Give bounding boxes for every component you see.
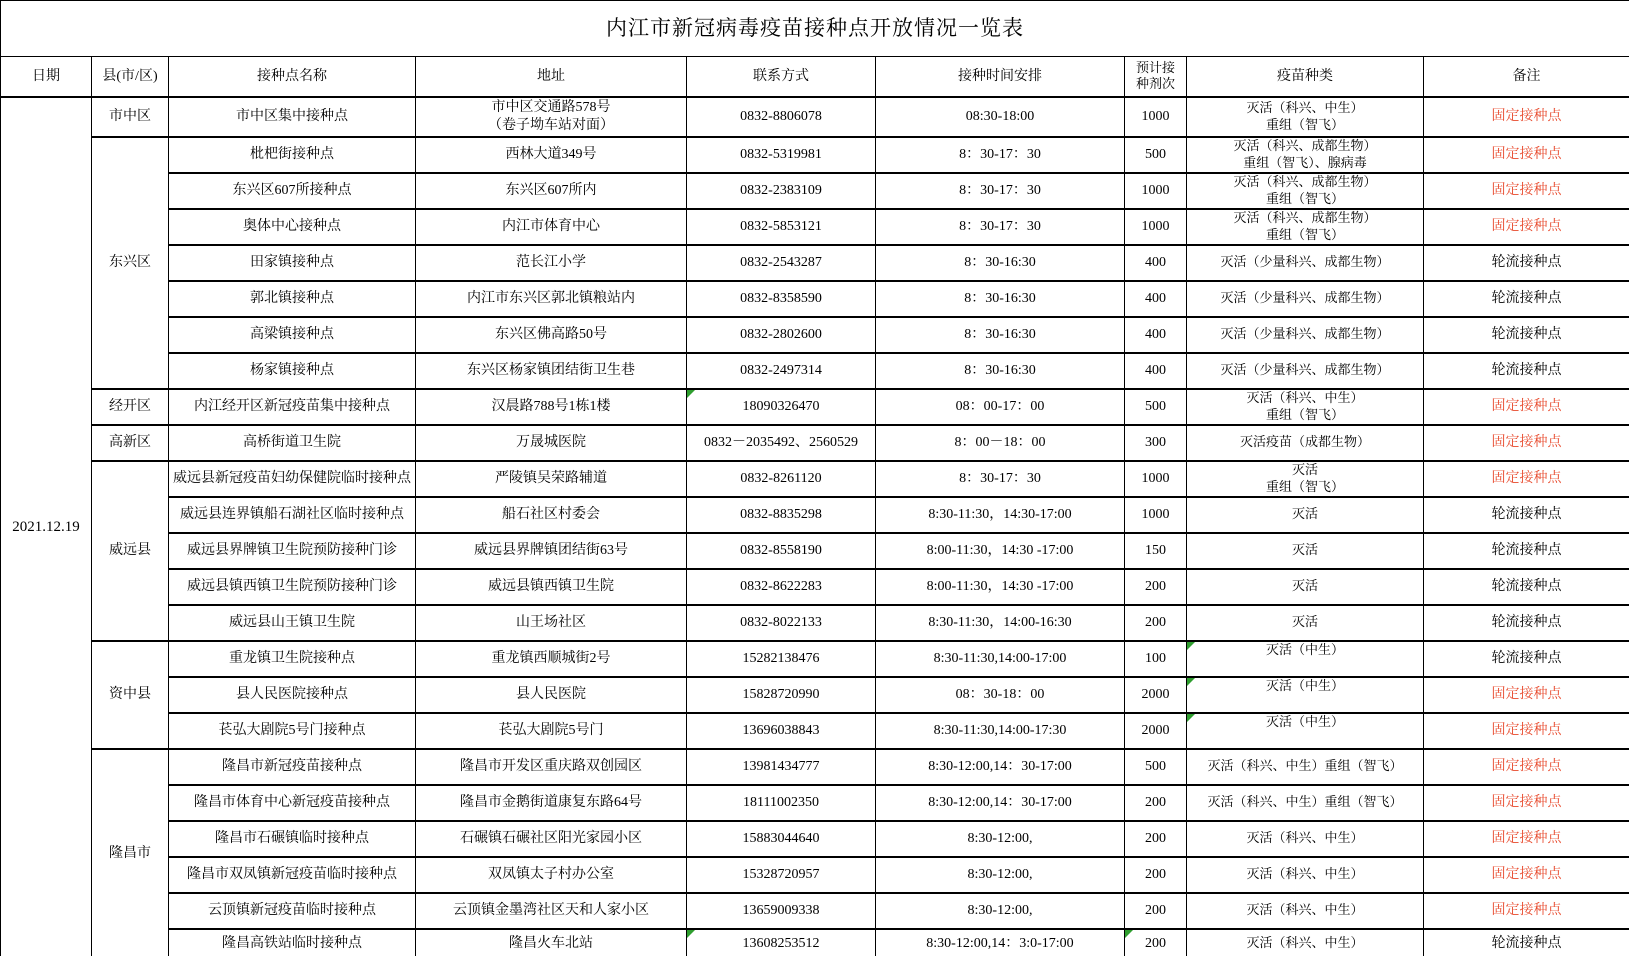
cell-vaccine: 灭活疫苗（成都生物） (1187, 425, 1424, 461)
cell-time: 8:30-12:00, (876, 857, 1125, 893)
col-header-date: 日期 (1, 57, 92, 97)
excel-marker-icon (1187, 678, 1195, 686)
cell-count: 500 (1125, 137, 1187, 173)
cell-time: 8：30-17：30 (876, 173, 1125, 209)
cell-phone: 0832-8358590 (687, 281, 876, 317)
cell-phone: 0832－2035492、2560529 (687, 425, 876, 461)
table-row: 隆昌市体育中心新冠疫苗接种点隆昌市金鹅街道康复东路64号181110023508… (1, 785, 1629, 821)
cell-vaccine: 灭活（少量科兴、成都生物） (1187, 281, 1424, 317)
cell-phone: 0832-8261120 (687, 461, 876, 497)
cell-address: 东兴区佛高路50号 (416, 317, 687, 353)
cell-address: 县人民医院 (416, 677, 687, 713)
cell-time: 8:30-11:30，14:00-16:30 (876, 605, 1125, 641)
col-header-vaccine: 疫苗种类 (1187, 57, 1424, 97)
table-header-row: 日期 县(市/区) 接种点名称 地址 联系方式 接种时间安排 预计接 种剂次 疫… (1, 57, 1629, 97)
cell-note: 固定接种点 (1424, 677, 1629, 713)
cell-phone: 0832-8022133 (687, 605, 876, 641)
cell-phone: 0832-2802600 (687, 317, 876, 353)
cell-address: 隆昌火车北站 (416, 929, 687, 956)
table-row: 隆昌市双凤镇新冠疫苗临时接种点双凤镇太子村办公室153287209578:30-… (1, 857, 1629, 893)
cell-phone: 13981434777 (687, 749, 876, 785)
cell-time: 8:30-12:00,14：30-17:00 (876, 785, 1125, 821)
cell-count: 300 (1125, 425, 1187, 461)
cell-note: 固定接种点 (1424, 461, 1629, 497)
cell-time: 8：30-17：30 (876, 461, 1125, 497)
cell-time: 8:30-11:30,14:00-17:30 (876, 713, 1125, 749)
cell-site-name: 枇杷街接种点 (169, 137, 416, 173)
cell-address: 云顶镇金墨湾社区天和人家小区 (416, 893, 687, 929)
cell-time: 08：00-17：00 (876, 389, 1125, 425)
cell-time: 8：30-17：30 (876, 209, 1125, 245)
cell-address: 内江市东兴区郭北镇粮站内 (416, 281, 687, 317)
cell-vaccine: 灭活（中生） (1187, 641, 1424, 677)
cell-county: 东兴区 (92, 137, 169, 389)
cell-address: 范长江小学 (416, 245, 687, 281)
table-row: 隆昌市石碾镇临时接种点石碾镇石碾社区阳光家园小区158830446408:30-… (1, 821, 1629, 857)
table-row: 威远县界牌镇卫生院预防接种门诊威远县界牌镇团结街63号0832-85581908… (1, 533, 1629, 569)
cell-vaccine: 灭活 (1187, 569, 1424, 605)
cell-phone: 0832-2543287 (687, 245, 876, 281)
cell-count: 200 (1125, 785, 1187, 821)
cell-count: 1000 (1125, 461, 1187, 497)
cell-note: 固定接种点 (1424, 173, 1629, 209)
table-row: 县人民医院接种点县人民医院1582872099008：30-18：002000灭… (1, 677, 1629, 713)
cell-count: 1000 (1125, 97, 1187, 137)
cell-vaccine: 灭活（中生） (1187, 677, 1424, 713)
cell-address: 东兴区607所内 (416, 173, 687, 209)
cell-phone: 18090326470 (687, 389, 876, 425)
cell-vaccine: 灭活（少量科兴、成都生物） (1187, 353, 1424, 389)
cell-phone: 0832-2497314 (687, 353, 876, 389)
cell-address: 威远县镇西镇卫生院 (416, 569, 687, 605)
cell-address: 双凤镇太子村办公室 (416, 857, 687, 893)
table-row: 隆昌高铁站临时接种点隆昌火车北站136082535128:30-12:00,14… (1, 929, 1629, 956)
cell-count: 200 (1125, 857, 1187, 893)
cell-phone: 0832-8558190 (687, 533, 876, 569)
cell-site-name: 县人民医院接种点 (169, 677, 416, 713)
cell-site-name: 威远县镇西镇卫生院预防接种门诊 (169, 569, 416, 605)
cell-vaccine: 灭活（科兴、中生） 重组（智飞） (1187, 97, 1424, 137)
cell-phone: 0832-5319981 (687, 137, 876, 173)
vaccination-sites-table: 内江市新冠病毒疫苗接种点开放情况一览表 日期 县(市/区) 接种点名称 地址 联… (0, 0, 1629, 956)
cell-count: 400 (1125, 317, 1187, 353)
cell-count: 100 (1125, 641, 1187, 677)
cell-address: 内江市体育中心 (416, 209, 687, 245)
table-row: 高新区高桥街道卫生院万晟城医院0832－2035492、25605298：00－… (1, 425, 1629, 461)
cell-site-name: 内江经开区新冠疫苗集中接种点 (169, 389, 416, 425)
excel-marker-icon (1187, 714, 1195, 722)
cell-note: 轮流接种点 (1424, 245, 1629, 281)
cell-county: 资中县 (92, 641, 169, 749)
cell-count: 1000 (1125, 173, 1187, 209)
cell-site-name: 田家镇接种点 (169, 245, 416, 281)
excel-marker-icon (1125, 930, 1133, 938)
cell-note: 轮流接种点 (1424, 641, 1629, 677)
cell-site-name: 高梁镇接种点 (169, 317, 416, 353)
cell-site-name: 云顶镇新冠疫苗临时接种点 (169, 893, 416, 929)
cell-phone: 0832-8835298 (687, 497, 876, 533)
cell-note: 轮流接种点 (1424, 533, 1629, 569)
cell-note: 轮流接种点 (1424, 605, 1629, 641)
excel-marker-icon (687, 930, 695, 938)
table-row: 资中县重龙镇卫生院接种点重龙镇西顺城街2号152821384768:30-11:… (1, 641, 1629, 677)
cell-address: 隆昌市开发区重庆路双创园区 (416, 749, 687, 785)
cell-note: 固定接种点 (1424, 821, 1629, 857)
cell-site-name: 隆昌市双凤镇新冠疫苗临时接种点 (169, 857, 416, 893)
table-row: 隆昌市隆昌市新冠疫苗接种点隆昌市开发区重庆路双创园区139814347778:3… (1, 749, 1629, 785)
table-row: 威远县镇西镇卫生院预防接种门诊威远县镇西镇卫生院0832-86222838:00… (1, 569, 1629, 605)
cell-county: 高新区 (92, 425, 169, 461)
cell-vaccine: 灭活（科兴、中生）重组（智飞） (1187, 785, 1424, 821)
cell-vaccine: 灭活（科兴、中生） (1187, 893, 1424, 929)
cell-address: 严陵镇吴荣路辅道 (416, 461, 687, 497)
cell-site-name: 隆昌市新冠疫苗接种点 (169, 749, 416, 785)
cell-vaccine: 灭活（科兴、成都生物） 重组（智飞） (1187, 173, 1424, 209)
cell-site-name: 威远县界牌镇卫生院预防接种门诊 (169, 533, 416, 569)
cell-note: 固定接种点 (1424, 137, 1629, 173)
table-row: 威远县山王镇卫生院山王场社区0832-80221338:30-11:30，14:… (1, 605, 1629, 641)
cell-vaccine: 灭活（科兴、中生） (1187, 929, 1424, 956)
cell-site-name: 隆昌高铁站临时接种点 (169, 929, 416, 956)
table-row: 田家镇接种点范长江小学0832-25432878：30-16:30400灭活（少… (1, 245, 1629, 281)
cell-site-name: 东兴区607所接种点 (169, 173, 416, 209)
cell-count: 500 (1125, 389, 1187, 425)
cell-address: 东兴区杨家镇团结街卫生巷 (416, 353, 687, 389)
page-title: 内江市新冠病毒疫苗接种点开放情况一览表 (1, 1, 1629, 57)
cell-note: 固定接种点 (1424, 425, 1629, 461)
cell-vaccine: 灭活（少量科兴、成都生物） (1187, 245, 1424, 281)
cell-time: 08：30-18：00 (876, 677, 1125, 713)
cell-phone: 0832-2383109 (687, 173, 876, 209)
col-header-county: 县(市/区) (92, 57, 169, 97)
cell-note: 轮流接种点 (1424, 317, 1629, 353)
cell-county: 威远县 (92, 461, 169, 641)
cell-site-name: 苌弘大剧院5号门接种点 (169, 713, 416, 749)
cell-count: 2000 (1125, 713, 1187, 749)
cell-time: 8:30-12:00, (876, 893, 1125, 929)
cell-site-name: 郭北镇接种点 (169, 281, 416, 317)
cell-count: 200 (1125, 893, 1187, 929)
table-row: 威远县连界镇船石湖社区临时接种点船石社区村委会0832-88352988:30-… (1, 497, 1629, 533)
cell-count: 200 (1125, 821, 1187, 857)
cell-county: 经开区 (92, 389, 169, 425)
cell-note: 固定接种点 (1424, 389, 1629, 425)
cell-count: 400 (1125, 245, 1187, 281)
cell-site-name: 威远县连界镇船石湖社区临时接种点 (169, 497, 416, 533)
cell-phone: 0832-8622283 (687, 569, 876, 605)
table-row: 东兴区枇杷街接种点西林大道349号0832-53199818：30-17：305… (1, 137, 1629, 173)
cell-count: 150 (1125, 533, 1187, 569)
col-header-address: 地址 (416, 57, 687, 97)
cell-address: 隆昌市金鹅街道康复东路64号 (416, 785, 687, 821)
cell-phone: 13696038843 (687, 713, 876, 749)
table-body: 2021.12.19市中区市中区集中接种点市中区交通路578号 （卷子坳车站对面… (1, 97, 1629, 956)
cell-site-name: 重龙镇卫生院接种点 (169, 641, 416, 677)
cell-site-name: 隆昌市石碾镇临时接种点 (169, 821, 416, 857)
table-row: 2021.12.19市中区市中区集中接种点市中区交通路578号 （卷子坳车站对面… (1, 97, 1629, 137)
cell-address: 汉晨路788号1栋1楼 (416, 389, 687, 425)
cell-count: 400 (1125, 281, 1187, 317)
cell-note: 固定接种点 (1424, 713, 1629, 749)
cell-time: 8：30-16:30 (876, 317, 1125, 353)
cell-count: 500 (1125, 749, 1187, 785)
cell-address: 石碾镇石碾社区阳光家园小区 (416, 821, 687, 857)
cell-note: 轮流接种点 (1424, 353, 1629, 389)
cell-county: 市中区 (92, 97, 169, 137)
vaccination-sites-sheet: 内江市新冠病毒疫苗接种点开放情况一览表 日期 县(市/区) 接种点名称 地址 联… (0, 0, 1629, 956)
cell-phone: 15328720957 (687, 857, 876, 893)
col-header-phone: 联系方式 (687, 57, 876, 97)
cell-site-name: 隆昌市体育中心新冠疫苗接种点 (169, 785, 416, 821)
table-row: 云顶镇新冠疫苗临时接种点云顶镇金墨湾社区天和人家小区136590093388:3… (1, 893, 1629, 929)
cell-count: 200 (1125, 929, 1187, 956)
col-header-site-name: 接种点名称 (169, 57, 416, 97)
cell-time: 08:30-18:00 (876, 97, 1125, 137)
cell-count: 1000 (1125, 209, 1187, 245)
cell-address: 船石社区村委会 (416, 497, 687, 533)
cell-address: 山王场社区 (416, 605, 687, 641)
cell-site-name: 杨家镇接种点 (169, 353, 416, 389)
cell-site-name: 威远县新冠疫苗妇幼保健院临时接种点 (169, 461, 416, 497)
cell-site-name: 奥体中心接种点 (169, 209, 416, 245)
cell-time: 8：00－18：00 (876, 425, 1125, 461)
table-row: 杨家镇接种点东兴区杨家镇团结街卫生巷0832-24973148：30-16:30… (1, 353, 1629, 389)
cell-vaccine: 灭活 (1187, 533, 1424, 569)
cell-note: 固定接种点 (1424, 97, 1629, 137)
cell-time: 8:30-12:00,14：30-17:00 (876, 749, 1125, 785)
cell-vaccine: 灭活（科兴、成都生物） 重组（智飞）、腺病毒 (1187, 137, 1424, 173)
table-row: 郭北镇接种点内江市东兴区郭北镇粮站内0832-83585908：30-16:30… (1, 281, 1629, 317)
cell-date: 2021.12.19 (1, 97, 92, 956)
cell-vaccine: 灭活（科兴、中生） (1187, 821, 1424, 857)
col-header-time: 接种时间安排 (876, 57, 1125, 97)
cell-time: 8：30-16:30 (876, 245, 1125, 281)
cell-time: 8:00-11:30，14:30 -17:00 (876, 569, 1125, 605)
cell-phone: 0832-5853121 (687, 209, 876, 245)
cell-vaccine: 灭活（科兴、中生）重组（智飞） (1187, 749, 1424, 785)
cell-time: 8：30-17：30 (876, 137, 1125, 173)
cell-site-name: 市中区集中接种点 (169, 97, 416, 137)
cell-address: 西林大道349号 (416, 137, 687, 173)
cell-vaccine: 灭活 (1187, 497, 1424, 533)
cell-time: 8:30-11:30，14:30-17:00 (876, 497, 1125, 533)
cell-note: 固定接种点 (1424, 749, 1629, 785)
cell-phone: 13659009338 (687, 893, 876, 929)
cell-address: 市中区交通路578号 （卷子坳车站对面） (416, 97, 687, 137)
cell-county: 隆昌市 (92, 749, 169, 956)
cell-vaccine: 灭活（中生） (1187, 713, 1424, 749)
cell-note: 轮流接种点 (1424, 497, 1629, 533)
cell-phone: 15883044640 (687, 821, 876, 857)
cell-phone: 15828720990 (687, 677, 876, 713)
cell-time: 8:30-11:30,14:00-17:00 (876, 641, 1125, 677)
cell-count: 200 (1125, 605, 1187, 641)
excel-marker-icon (1187, 642, 1195, 650)
col-header-note: 备注 (1424, 57, 1629, 97)
cell-time: 8：30-16:30 (876, 353, 1125, 389)
cell-address: 重龙镇西顺城街2号 (416, 641, 687, 677)
cell-address: 万晟城医院 (416, 425, 687, 461)
cell-vaccine: 灭活（科兴、成都生物） 重组（智飞） (1187, 209, 1424, 245)
cell-address: 苌弘大剧院5号门 (416, 713, 687, 749)
cell-note: 固定接种点 (1424, 857, 1629, 893)
table-row: 威远县威远县新冠疫苗妇幼保健院临时接种点严陵镇吴荣路辅道0832-8261120… (1, 461, 1629, 497)
cell-count: 400 (1125, 353, 1187, 389)
excel-marker-icon (687, 390, 695, 398)
cell-address: 威远县界牌镇团结街63号 (416, 533, 687, 569)
cell-count: 1000 (1125, 497, 1187, 533)
col-header-count: 预计接 种剂次 (1125, 57, 1187, 97)
cell-phone: 13608253512 (687, 929, 876, 956)
cell-phone: 15282138476 (687, 641, 876, 677)
cell-note: 固定接种点 (1424, 785, 1629, 821)
cell-site-name: 威远县山王镇卫生院 (169, 605, 416, 641)
cell-vaccine: 灭活（少量科兴、成都生物） (1187, 317, 1424, 353)
cell-note: 固定接种点 (1424, 893, 1629, 929)
cell-time: 8:30-12:00,14：3:0-17:00 (876, 929, 1125, 956)
cell-time: 8:30-12:00, (876, 821, 1125, 857)
cell-note: 轮流接种点 (1424, 281, 1629, 317)
cell-vaccine: 灭活 (1187, 605, 1424, 641)
cell-note: 固定接种点 (1424, 209, 1629, 245)
table-row: 东兴区607所接种点东兴区607所内0832-23831098：30-17：30… (1, 173, 1629, 209)
cell-time: 8:00-11:30，14:30 -17:00 (876, 533, 1125, 569)
cell-phone: 0832-8806078 (687, 97, 876, 137)
cell-phone: 18111002350 (687, 785, 876, 821)
cell-time: 8：30-16:30 (876, 281, 1125, 317)
table-row: 奥体中心接种点内江市体育中心0832-58531218：30-17：301000… (1, 209, 1629, 245)
cell-site-name: 高桥街道卫生院 (169, 425, 416, 461)
cell-vaccine: 灭活（科兴、中生） (1187, 857, 1424, 893)
cell-vaccine: 灭活 重组（智飞） (1187, 461, 1424, 497)
cell-count: 2000 (1125, 677, 1187, 713)
table-row: 经开区内江经开区新冠疫苗集中接种点汉晨路788号1栋1楼180903264700… (1, 389, 1629, 425)
cell-note: 轮流接种点 (1424, 569, 1629, 605)
table-row: 高梁镇接种点东兴区佛高路50号0832-28026008：30-16:30400… (1, 317, 1629, 353)
table-title-row: 内江市新冠病毒疫苗接种点开放情况一览表 (1, 1, 1629, 57)
cell-note: 轮流接种点 (1424, 929, 1629, 956)
cell-vaccine: 灭活（科兴、中生） 重组（智飞） (1187, 389, 1424, 425)
cell-count: 200 (1125, 569, 1187, 605)
table-row: 苌弘大剧院5号门接种点苌弘大剧院5号门136960388438:30-11:30… (1, 713, 1629, 749)
